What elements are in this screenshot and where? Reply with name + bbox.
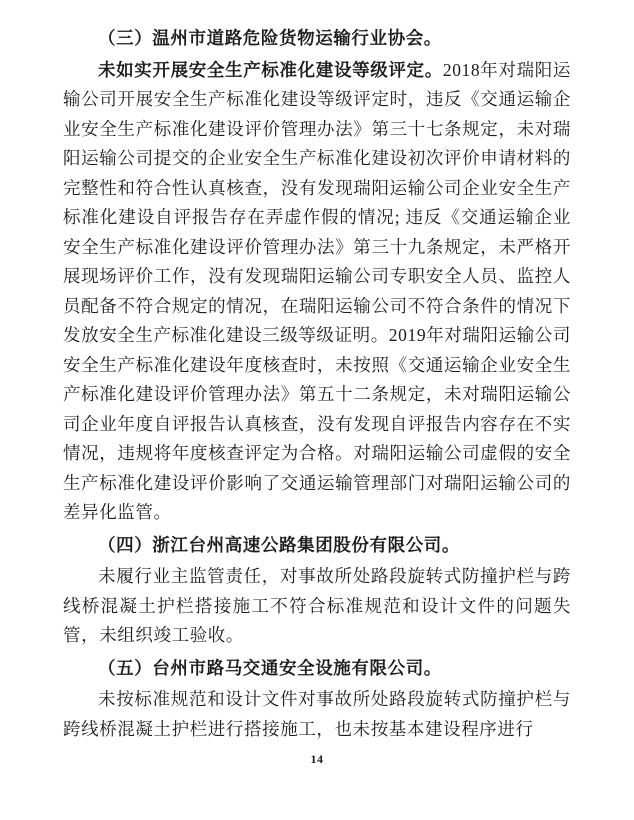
page-number: 14 xyxy=(0,752,634,767)
section-paragraph-5: 未按标准规范和设计文件对事故所处路段旋转式防撞护栏与跨线桥混凝土护栏进行搭接施工… xyxy=(63,685,571,744)
section-text-3: 2018年对瑞阳运输公司开展安全生产标准化建设等级评定时，违反《交通运输企业安全… xyxy=(63,60,571,523)
section-heading-3: （三）温州市道路危险货物运输行业协会。 xyxy=(63,24,571,54)
document-page: （三）温州市道路危险货物运输行业协会。 未如实开展安全生产标准化建设等级评定。2… xyxy=(0,0,634,820)
section-paragraph-3: 未如实开展安全生产标准化建设等级评定。2018年对瑞阳运输公司开展安全生产标准化… xyxy=(63,56,571,528)
document-content: （三）温州市道路危险货物运输行业协会。 未如实开展安全生产标准化建设等级评定。2… xyxy=(63,21,571,744)
section-paragraph-4: 未履行业主监管责任，对事故所处路段旋转式防撞护栏与跨线桥混凝土护栏搭接施工不符合… xyxy=(63,562,571,651)
section-heading-5: （五）台州市路马交通安全设施有限公司。 xyxy=(63,654,571,684)
section-lead-3: 未如实开展安全生产标准化建设等级评定。 xyxy=(98,60,443,80)
section-heading-4: （四）浙江台州高速公路集团股份有限公司。 xyxy=(63,531,571,561)
